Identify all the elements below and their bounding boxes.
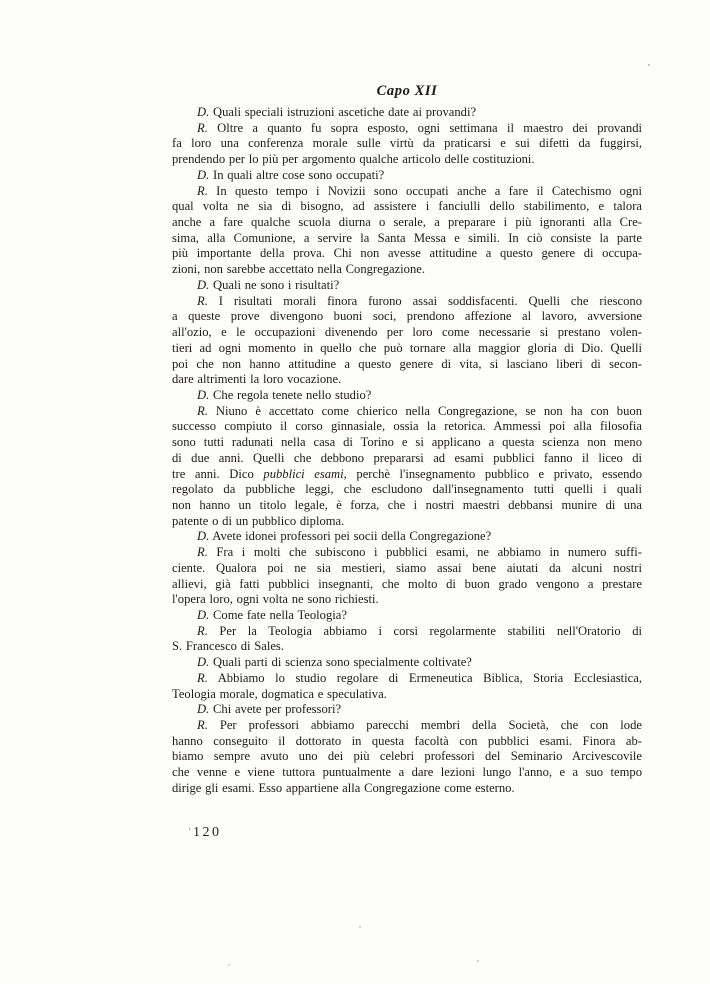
text-line: D. Chi avete per professori? xyxy=(172,702,642,718)
scan-speck xyxy=(648,64,650,66)
text-line: sono tutti radunati nella casa di Torino… xyxy=(172,435,642,451)
text-line: a queste prove divengono buoni soci, pre… xyxy=(172,309,642,325)
text-line: l'opera loro, ogni volta ne sono richies… xyxy=(172,592,642,608)
text-line: anche a fare qualche scuola diurna o ser… xyxy=(172,215,642,231)
scan-speck xyxy=(189,827,190,831)
text-line: D. In quali altre cose sono occupati? xyxy=(172,168,642,184)
text-line: ciente. Qualora poi ne sia mestieri, sia… xyxy=(172,561,642,577)
text-line: D. Che regola tenete nello studio? xyxy=(172,388,642,404)
text-line: sima, alla Comunione, a servire la Santa… xyxy=(172,231,642,247)
scan-speck xyxy=(228,964,230,966)
text-line: D. Quali parti di scienza sono specialme… xyxy=(172,655,642,671)
text-line: allievi, già fatti pubblici insegnanti, … xyxy=(172,577,642,593)
text-line: qual volta ne sia di bisogno, ad assiste… xyxy=(172,199,642,215)
text-line: di due anni. Quelli che debbono preparar… xyxy=(172,451,642,467)
text-line: più importante della prova. Chi non aves… xyxy=(172,246,642,262)
text-line: successo compiuto il corso ginnasiale, o… xyxy=(172,419,642,435)
text-line: D. Quali speciali istruzioni ascetiche d… xyxy=(172,105,642,121)
text-line: tieri ad ogni momento in quello che può … xyxy=(172,341,642,357)
text-line: R. Fra i molti che subiscono i pubblici … xyxy=(172,545,642,561)
text-line: R. I risultati morali finora furono assa… xyxy=(172,294,642,310)
text-line: biamo sempre avuto uno dei più celebri p… xyxy=(172,749,642,765)
text-line: dare altrimenti la loro vocazione. xyxy=(172,372,642,388)
text-line: D. Quali ne sono i risultati? xyxy=(172,278,642,294)
text-line: regolato da pubbliche leggi, che escludo… xyxy=(172,482,642,498)
text-line: che venne e viene tuttora puntualmente a… xyxy=(172,765,642,781)
text-line: Teologia morale, dogmatica e speculativa… xyxy=(172,687,642,703)
scan-speck xyxy=(359,926,361,928)
text-line: dirige gli esami. Esso appartiene alla C… xyxy=(172,781,642,797)
text-line: zioni, non sarebbe accettato nella Congr… xyxy=(172,262,642,278)
chapter-header: Capo XII xyxy=(172,83,642,100)
page-number: 120 xyxy=(193,825,222,841)
text-line: D. Avete idonei professori pei socii del… xyxy=(172,529,642,545)
text-line: S. Francesco di Sales. xyxy=(172,639,642,655)
text-line: tre anni. Dico pubblici esami, perchè l'… xyxy=(172,467,642,483)
text-line: R. In questo tempo i Novizii sono occupa… xyxy=(172,184,642,200)
text-line: R. Per la Teologia abbiamo i corsi regol… xyxy=(172,624,642,640)
page-body: D. Quali speciali istruzioni ascetiche d… xyxy=(172,105,642,797)
text-line: non hanno un titolo legale, è forza, che… xyxy=(172,498,642,514)
text-line: poi che non hanno attitudine a questo ge… xyxy=(172,357,642,373)
text-line: D. Come fate nella Teologia? xyxy=(172,608,642,624)
text-line: R. Niuno è accettato come chierico nella… xyxy=(172,404,642,420)
book-page: Capo XII D. Quali speciali istruzioni as… xyxy=(0,0,710,984)
text-line: prendendo per lo più per argomento qualc… xyxy=(172,152,642,168)
text-line: fa loro una conferenza morale sulle virt… xyxy=(172,136,642,152)
text-line: all'ozio, e le occupazioni divenendo per… xyxy=(172,325,642,341)
text-line: R. Abbiamo lo studio regolare di Ermeneu… xyxy=(172,671,642,687)
text-line: patente o di un pubblico diploma. xyxy=(172,514,642,530)
text-line: R. Per professori abbiamo parecchi membr… xyxy=(172,718,642,734)
text-line: hanno conseguito il dottorato in questa … xyxy=(172,734,642,750)
scan-speck xyxy=(477,960,479,962)
text-line: R. Oltre a quanto fu sopra esposto, ogni… xyxy=(172,121,642,137)
